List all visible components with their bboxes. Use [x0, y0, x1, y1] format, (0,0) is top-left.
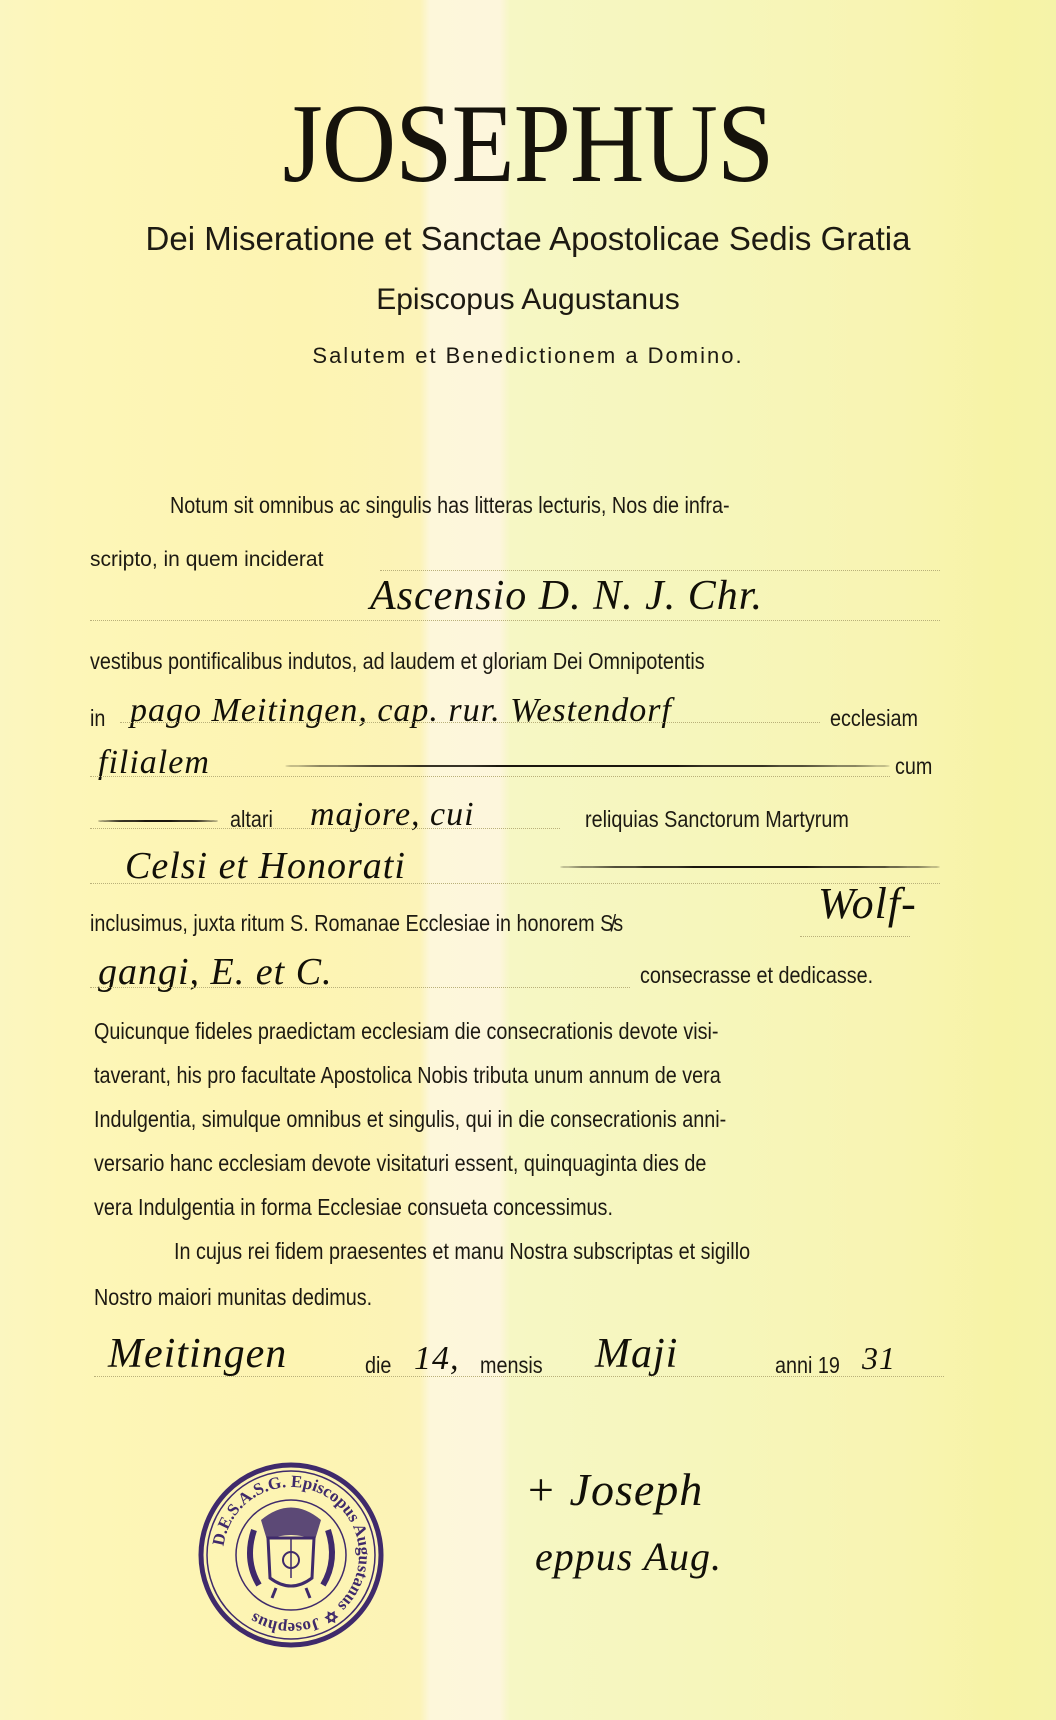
dateline-die: die — [365, 1352, 391, 1379]
fill-line — [800, 936, 910, 937]
fill-line — [90, 776, 890, 777]
month-handwritten: Maji — [595, 1330, 678, 1378]
diocese-line: Episcopus Augustanus — [0, 283, 1056, 317]
salutation-line: Salutem et Benedictionem a Domino. — [0, 343, 1056, 369]
dateline-mensis: mensis — [480, 1352, 543, 1379]
feast-handwritten: Ascensio D. N. J. Chr. — [370, 572, 763, 620]
place-handwritten: Meitingen — [108, 1330, 287, 1378]
dateline-anni: anni 19 — [775, 1352, 840, 1379]
fill-line — [90, 828, 560, 829]
body-line-5-cum: cum — [895, 753, 932, 780]
paragraph-3-line-2: Nostro maiori munitas dedimus. — [94, 1284, 372, 1311]
location-handwritten: pago Meitingen, cap. rur. Westendorf — [130, 692, 672, 730]
body-line-4-ecclesiam: ecclesiam — [830, 705, 918, 732]
fill-line — [120, 722, 820, 723]
paragraph-2-line-1: Quicunque fideles praedictam ecclesiam d… — [94, 1018, 718, 1045]
body-line-8-print: inclusimus, juxta ritum S. Romanae Eccle… — [90, 910, 623, 937]
fill-line — [90, 987, 630, 988]
signature-line-2: eppus Aug. — [535, 1533, 722, 1580]
paragraph-2-line-4: versario hanc ecclesiam devote visitatur… — [94, 1150, 706, 1177]
filler-stroke — [285, 765, 890, 767]
day-handwritten: 14, — [414, 1340, 460, 1378]
bishop-title-line: Dei Miseratione et Sanctae Apostolicae S… — [0, 220, 1056, 258]
seal-stamp-icon: D.E.S.A.S.G. Episcopus Augustanus ✡ Jose… — [196, 1460, 386, 1650]
paragraph-3-line-1: In cujus rei fidem praesentes et manu No… — [174, 1238, 750, 1265]
fill-line — [380, 570, 940, 571]
relics-handwritten: Celsi et Honorati — [125, 844, 406, 888]
patron-handwritten-1: Wolf- — [818, 878, 917, 929]
filler-stroke — [98, 820, 218, 822]
filler-stroke — [560, 866, 940, 868]
paragraph-2-line-3: Indulgentia, simulque omnibus et singuli… — [94, 1106, 726, 1133]
document-title: JOSEPHUS — [42, 88, 1014, 200]
bishop-signature: + Joseph eppus Aug. — [515, 1455, 865, 1615]
body-line-2-print: scripto, in quem inciderat — [90, 548, 323, 572]
body-line-9-print: consecrasse et dedicasse. — [640, 962, 873, 989]
fill-line — [90, 620, 940, 621]
body-line-3: vestibus pontificalibus indutos, ad laud… — [90, 648, 705, 675]
paragraph-2-line-5: vera Indulgentia in forma Ecclesiae cons… — [94, 1194, 613, 1221]
year-handwritten: 31 — [862, 1340, 896, 1377]
fill-line — [90, 883, 940, 884]
body-line-4-in: in — [90, 705, 105, 732]
paragraph-2-line-2: taverant, his pro facultate Apostolica N… — [94, 1062, 721, 1089]
episcopal-seal: D.E.S.A.S.G. Episcopus Augustanus ✡ Jose… — [196, 1460, 386, 1650]
body-line-6-reliquias: reliquias Sanctorum Martyrum — [585, 806, 849, 833]
signature-line-1: + Joseph — [525, 1463, 703, 1516]
body-line-1: Notum sit omnibus ac singulis has litter… — [170, 492, 730, 519]
